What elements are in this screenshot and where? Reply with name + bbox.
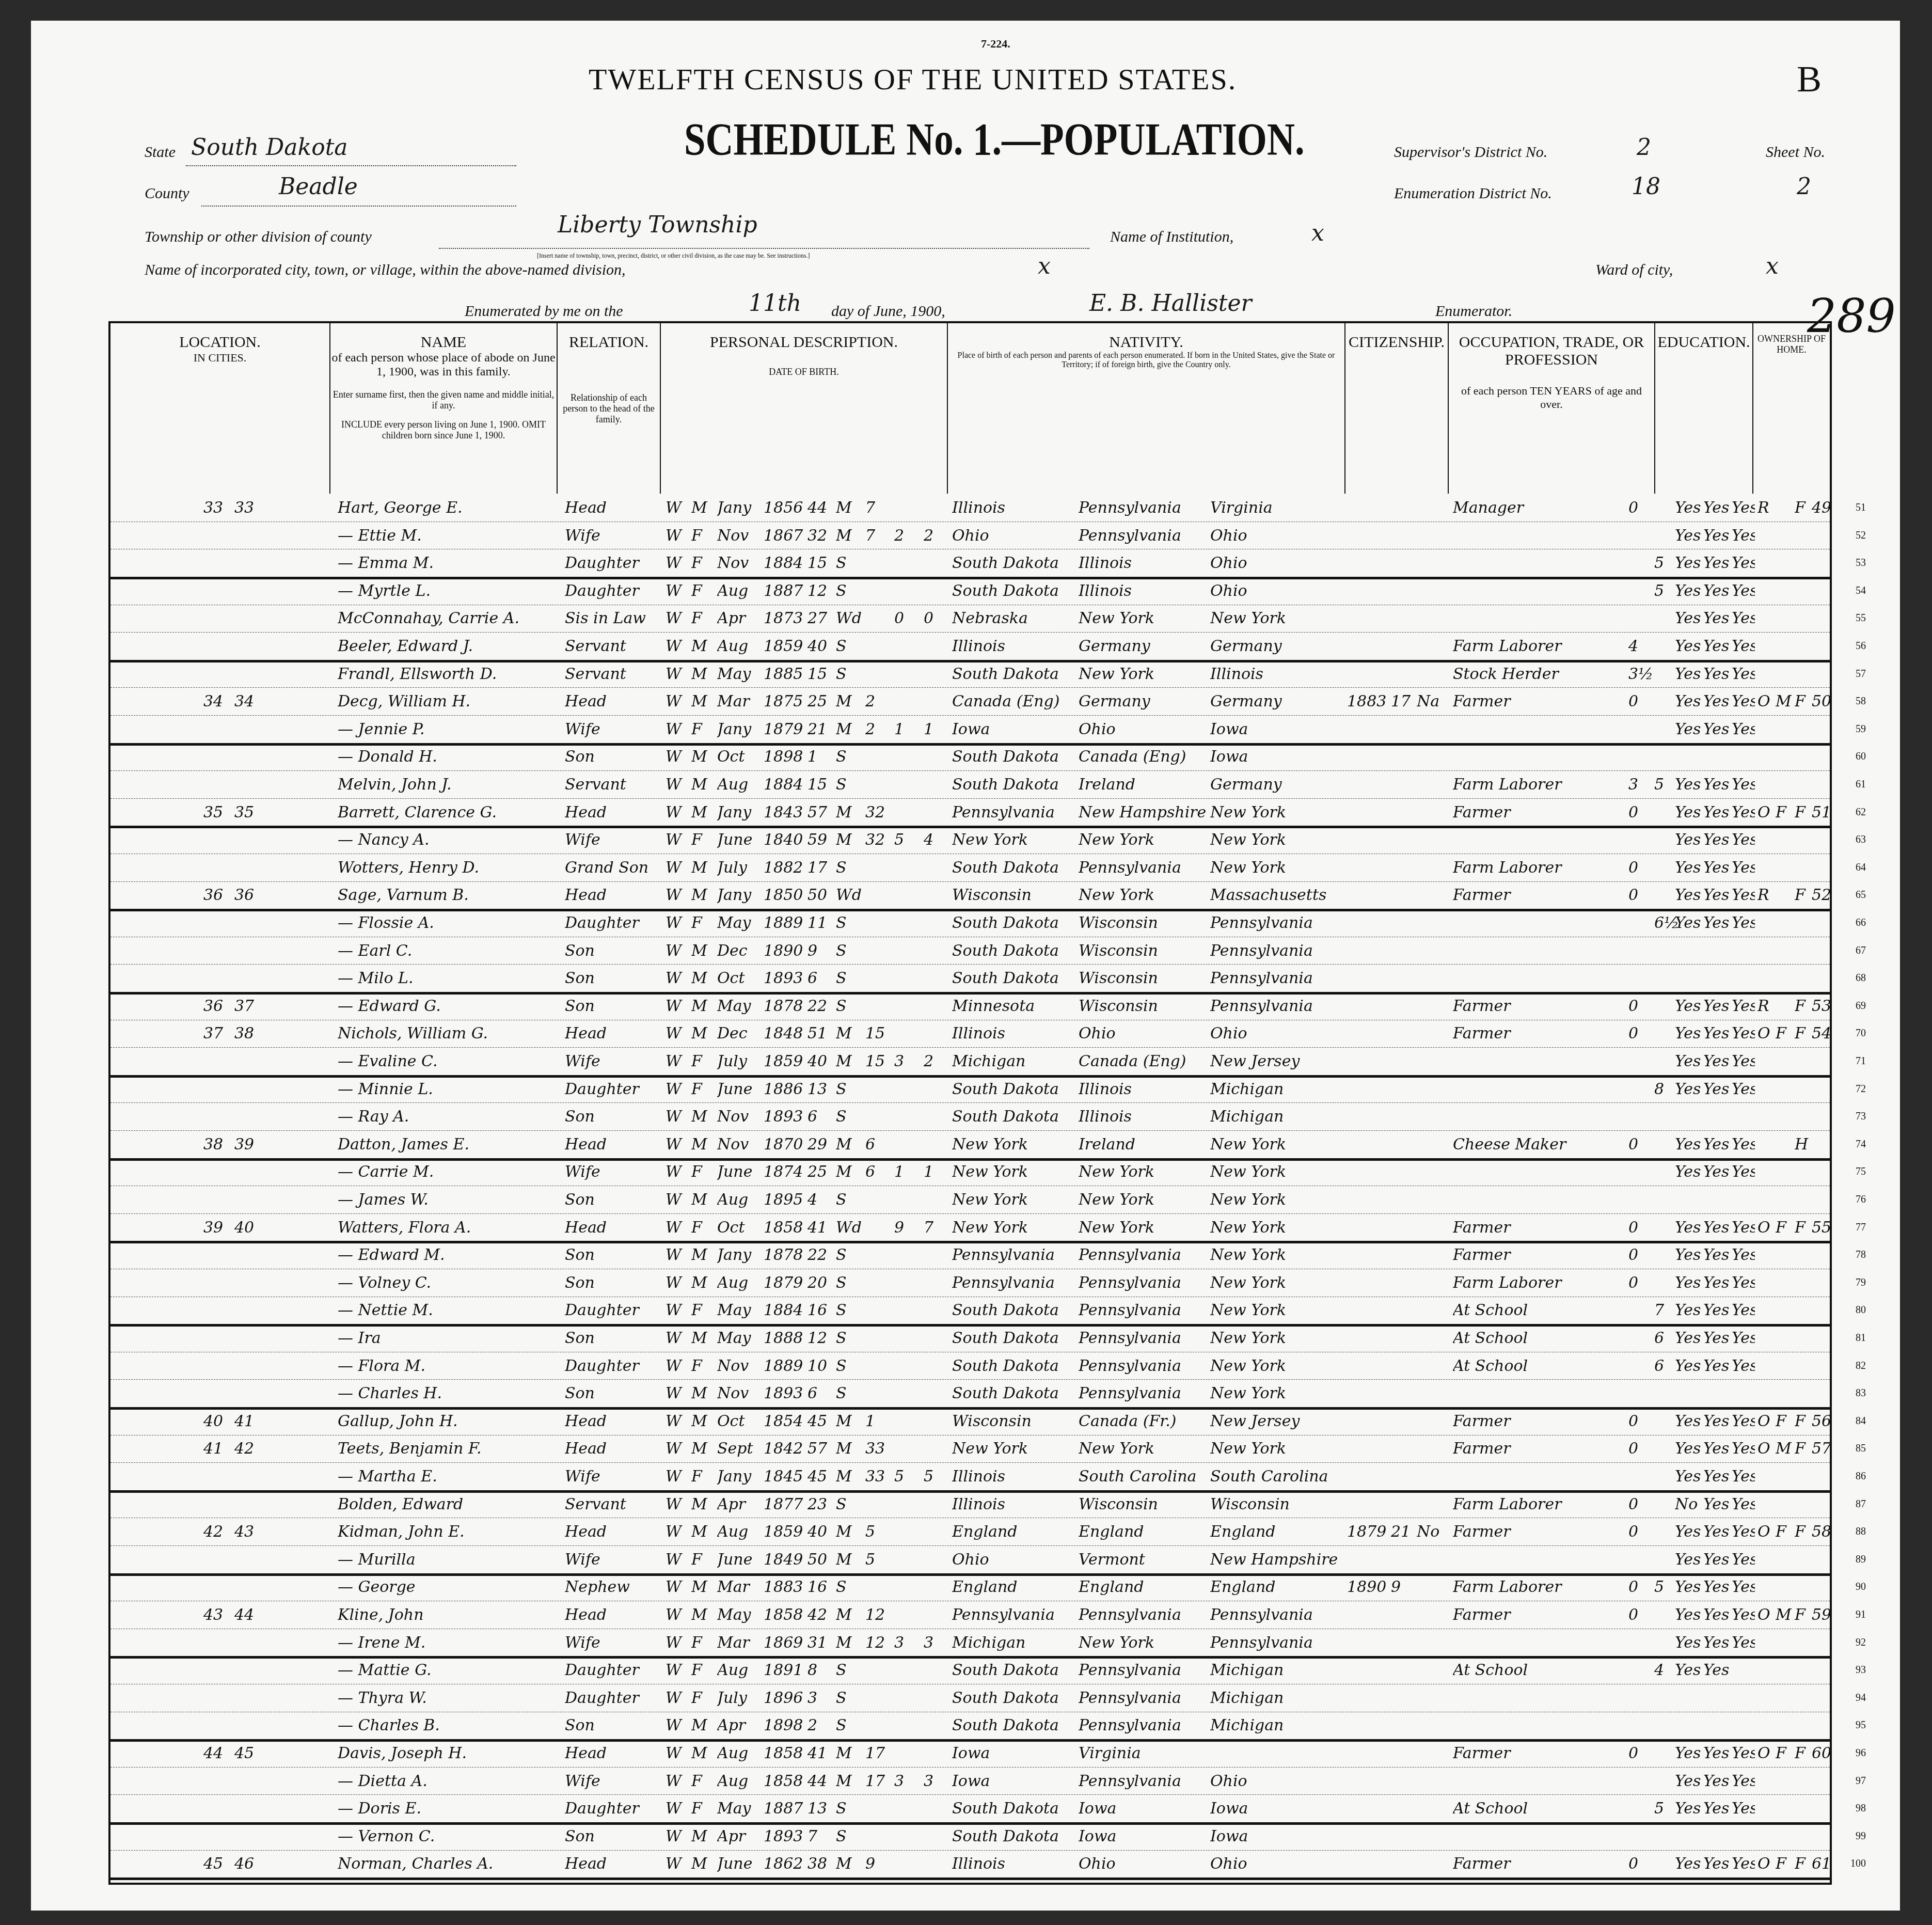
cell-age: 13 <box>807 1800 833 1818</box>
table-row: Bolden, EdwardServantWMApr187723SIllinoi… <box>110 1493 1830 1519</box>
cell-race: W <box>666 1024 686 1043</box>
line-number: 66 <box>1856 917 1866 929</box>
cell-name: Teets, Benjamin F. <box>338 1440 555 1458</box>
cell-occ: Farmer <box>1453 692 1623 711</box>
enumerated-mid: day of June, 1900, <box>831 303 945 320</box>
township-label: Township or other division of county <box>145 228 372 246</box>
cell-sex: M <box>691 1024 712 1043</box>
cell-yr: 1858 <box>764 1219 805 1237</box>
cell-rel: Head <box>565 1412 658 1430</box>
cell-ch: 5 <box>894 831 915 849</box>
cell-sch: 5 <box>1654 1800 1677 1818</box>
cell-age: 40 <box>807 637 833 655</box>
cell-rd: Yes <box>1675 1412 1703 1430</box>
cell-mbp: South Carolina <box>1210 1468 1342 1486</box>
cell-ch: 9 <box>894 1219 915 1237</box>
cell-race: W <box>666 1495 686 1513</box>
cell-race: W <box>666 1440 686 1458</box>
cell-bp: South Dakota <box>952 582 1076 600</box>
cell-yr: 1877 <box>764 1495 805 1513</box>
cell-dw: 35 <box>203 803 229 822</box>
cell-dw: 41 <box>203 1440 229 1458</box>
cell-rel: Daughter <box>565 1689 658 1707</box>
population-table: LOCATION.IN CITIES. NAMEof each person w… <box>108 321 1832 1885</box>
cell-ym: 33 <box>865 1440 891 1458</box>
cell-occ: Farmer <box>1453 1744 1623 1762</box>
cell-yr: 1882 <box>764 859 805 877</box>
line-number: 77 <box>1856 1222 1866 1234</box>
cell-fbp: New York <box>1079 609 1208 627</box>
cell-name: — Thyra W. <box>338 1689 555 1707</box>
cell-sex: M <box>691 886 712 904</box>
cell-race: W <box>666 942 686 960</box>
cell-sex: M <box>691 997 712 1015</box>
cell-rel: Servant <box>565 637 658 655</box>
cell-ms: S <box>836 748 864 766</box>
cell-rel: Wife <box>565 1163 658 1181</box>
cell-bp: Iowa <box>952 1772 1076 1790</box>
cell-ym: 9 <box>865 1855 891 1873</box>
cell-sex: M <box>691 1495 712 1513</box>
cell-wr: Yes <box>1703 665 1732 683</box>
cell-bp: England <box>952 1578 1076 1596</box>
cell-ym: 7 <box>865 499 891 517</box>
cell-own: R <box>1757 499 1776 517</box>
enumerator-label: Enumerator. <box>1435 303 1512 320</box>
line-number: 74 <box>1856 1139 1866 1150</box>
cell-mo: May <box>717 1800 764 1818</box>
cell-name: Bolden, Edward <box>338 1495 555 1513</box>
cell-ms: M <box>836 692 864 711</box>
cell-rd: Yes <box>1675 1661 1703 1679</box>
cell-fbp: Illinois <box>1079 1080 1208 1098</box>
cell-name: Gallup, John H. <box>338 1412 555 1430</box>
cell-sex: M <box>691 637 712 655</box>
cell-race: W <box>666 582 686 600</box>
cell-fbp: New York <box>1079 1191 1208 1209</box>
cell-sex: M <box>691 1440 712 1458</box>
cell-fbp: Pennsylvania <box>1079 527 1208 545</box>
cell-wr: Yes <box>1703 1551 1732 1569</box>
cell-fs: 49 <box>1812 499 1832 517</box>
cell-mo: Aug <box>717 1772 764 1790</box>
sheet-letter: B <box>1797 58 1822 101</box>
cell-mbp: New York <box>1210 831 1342 849</box>
cell-mbp: New York <box>1210 1440 1342 1458</box>
cell-rd: Yes <box>1675 776 1703 794</box>
cell-sex: M <box>691 1108 712 1126</box>
cell-fam: 43 <box>234 1523 260 1541</box>
cell-ms: M <box>836 527 864 545</box>
cell-ms: S <box>836 1827 864 1845</box>
cell-rel: Head <box>565 803 658 822</box>
cell-sex: M <box>691 969 712 987</box>
cell-rd: Yes <box>1675 1246 1703 1264</box>
cell-name: — Ira <box>338 1329 555 1347</box>
cell-race: W <box>666 1412 686 1430</box>
cell-age: 27 <box>807 609 833 627</box>
line-number: 59 <box>1856 723 1866 735</box>
table-row: — GeorgeNephewWMMar188316SEnglandEngland… <box>110 1576 1830 1601</box>
cell-wr: Yes <box>1703 554 1732 572</box>
cell-en: Yes <box>1732 803 1755 822</box>
cell-yr: 1859 <box>764 1052 805 1070</box>
cell-race: W <box>666 665 686 683</box>
cell-bp: Canada (Eng) <box>952 692 1076 711</box>
supervisor-label: Supervisor's District No. <box>1394 144 1547 161</box>
cell-ms: S <box>836 1716 864 1734</box>
line-number: 97 <box>1856 1775 1866 1787</box>
supervisor-value: 2 <box>1637 134 1651 161</box>
cell-sex: M <box>691 692 712 711</box>
cell-sex: F <box>691 1163 712 1181</box>
cell-fbp: Iowa <box>1079 1827 1208 1845</box>
cell-sex: M <box>691 776 712 794</box>
cell-sex: F <box>691 1772 712 1790</box>
cell-mbp: Michigan <box>1210 1080 1342 1098</box>
cell-mo: Mar <box>717 1578 764 1596</box>
cell-fh: F <box>1795 803 1813 822</box>
cell-ms: S <box>836 1357 864 1375</box>
cell-wr: Yes <box>1703 1412 1732 1430</box>
cell-fam: 44 <box>234 1606 260 1624</box>
cell-rel: Head <box>565 692 658 711</box>
cell-rd: Yes <box>1675 1772 1703 1790</box>
line-number: 57 <box>1856 668 1866 680</box>
cell-fam: 42 <box>234 1440 260 1458</box>
cell-mo: Nov <box>717 1135 764 1154</box>
cell-fm: F <box>1776 1523 1794 1541</box>
cell-sch: 6 <box>1654 1357 1677 1375</box>
cell-bp: Pennsylvania <box>952 1246 1076 1264</box>
cell-rel: Son <box>565 997 658 1015</box>
cell-mbp: New York <box>1210 1163 1342 1181</box>
cell-ms: M <box>836 1523 864 1541</box>
cell-race: W <box>666 1772 686 1790</box>
cell-mbp: Ohio <box>1210 1024 1342 1043</box>
cell-mbp: New York <box>1210 1357 1342 1375</box>
cell-fbp: Wisconsin <box>1079 997 1208 1015</box>
cell-rel: Sis in Law <box>565 609 658 627</box>
cell-age: 3 <box>807 1689 833 1707</box>
cell-rel: Servant <box>565 665 658 683</box>
col-group-ownership: OWNERSHIP OF HOME. <box>1753 323 1830 494</box>
cell-fh: F <box>1795 1523 1813 1541</box>
cell-race: W <box>666 1551 686 1569</box>
cell-rel: Head <box>565 499 658 517</box>
cell-imm: 1879 <box>1347 1523 1388 1541</box>
cell-ms: Wd <box>836 1219 864 1237</box>
cell-yr: 1873 <box>764 609 805 627</box>
cell-bp: Illinois <box>952 499 1076 517</box>
cell-yr: 1889 <box>764 1357 805 1375</box>
cell-occ: Farm Laborer <box>1453 1274 1623 1292</box>
cell-rd: Yes <box>1675 1163 1703 1181</box>
cell-cl: 0 <box>924 609 944 627</box>
cell-rd: Yes <box>1675 803 1703 822</box>
table-row: — Myrtle L.DaughterWFAug188712SSouth Dak… <box>110 580 1830 605</box>
cell-ms: M <box>836 1772 864 1790</box>
cell-sex: F <box>691 720 712 738</box>
cell-wr: Yes <box>1703 997 1732 1015</box>
cell-yr: 1843 <box>764 803 805 822</box>
cell-sex: M <box>691 942 712 960</box>
cell-mne: 0 <box>1628 692 1652 711</box>
cell-wr: Yes <box>1703 1855 1732 1873</box>
cell-mbp: Iowa <box>1210 748 1342 766</box>
cell-ms: M <box>836 1135 864 1154</box>
cell-mbp: Massachusetts <box>1210 886 1342 904</box>
cell-wr: Yes <box>1703 1357 1732 1375</box>
cell-en: Yes <box>1732 1440 1755 1458</box>
cell-fh: F <box>1795 499 1813 517</box>
cell-occ: At School <box>1453 1800 1623 1818</box>
cell-fbp: Vermont <box>1079 1551 1208 1569</box>
cell-occ: Farmer <box>1453 886 1623 904</box>
line-number: 98 <box>1856 1803 1866 1814</box>
cell-name: — Myrtle L. <box>338 582 555 600</box>
cell-mo: Apr <box>717 1827 764 1845</box>
cell-name: — Flora M. <box>338 1357 555 1375</box>
line-number: 65 <box>1856 889 1866 901</box>
cell-occ: Farmer <box>1453 1523 1623 1541</box>
cell-yr: 1884 <box>764 776 805 794</box>
cell-bp: South Dakota <box>952 1384 1076 1402</box>
cell-bp: South Dakota <box>952 859 1076 877</box>
cell-name: — Vernon C. <box>338 1827 555 1845</box>
enumeration-label: Enumeration District No. <box>1394 185 1552 202</box>
cell-fh: F <box>1795 1412 1813 1430</box>
line-number: 79 <box>1856 1277 1866 1289</box>
cell-race: W <box>666 1800 686 1818</box>
cell-rd: Yes <box>1675 499 1703 517</box>
cell-mo: June <box>717 1855 764 1873</box>
cell-race: W <box>666 1301 686 1319</box>
cell-yr: 1887 <box>764 582 805 600</box>
cell-own: R <box>1757 997 1776 1015</box>
table-row: — MurillaWifeWFJune184950M5OhioVermontNe… <box>110 1549 1830 1576</box>
cell-mo: May <box>717 665 764 683</box>
cell-rel: Daughter <box>565 914 658 932</box>
cell-bp: South Dakota <box>952 942 1076 960</box>
cell-sex: M <box>691 1412 712 1430</box>
cell-yr: 1854 <box>764 1412 805 1430</box>
cell-name: — James W. <box>338 1191 555 1209</box>
cell-fbp: Pennsylvania <box>1079 499 1208 517</box>
cell-fbp: Wisconsin <box>1079 942 1208 960</box>
cell-bp: Illinois <box>952 1495 1076 1513</box>
cell-mbp: Pennsylvania <box>1210 969 1342 987</box>
cell-mne: 0 <box>1628 1440 1652 1458</box>
cell-ms: M <box>836 499 864 517</box>
cell-yr: 1883 <box>764 1578 805 1596</box>
cell-en: Yes <box>1732 1412 1755 1430</box>
cell-fam: 46 <box>234 1855 260 1873</box>
cell-yr: 1884 <box>764 554 805 572</box>
cell-sex: F <box>691 582 712 600</box>
cell-race: W <box>666 692 686 711</box>
cell-nat: Na <box>1417 692 1445 711</box>
cell-imm: 1890 <box>1347 1578 1388 1596</box>
col-group-nativity: NATIVITY.Place of birth of each person a… <box>948 323 1345 494</box>
cell-fbp: Ohio <box>1079 1024 1208 1043</box>
cell-dw: 39 <box>203 1219 229 1237</box>
cell-wr: Yes <box>1703 886 1732 904</box>
cell-en: Yes <box>1732 1219 1755 1237</box>
cell-mbp: Ohio <box>1210 1772 1342 1790</box>
cell-mo: Aug <box>717 1523 764 1541</box>
cell-sex: M <box>691 1329 712 1347</box>
cell-bp: South Dakota <box>952 1301 1076 1319</box>
cell-own: O <box>1757 803 1776 822</box>
cell-fam: 45 <box>234 1744 260 1762</box>
table-row: — Jennie P.WifeWFJany187921M211IowaOhioI… <box>110 718 1830 746</box>
cell-occ: Farmer <box>1453 997 1623 1015</box>
cell-age: 12 <box>807 582 833 600</box>
cell-en: Yes <box>1732 720 1755 738</box>
table-row: — Charles B.SonWMApr18982SSouth DakotaPe… <box>110 1714 1830 1742</box>
cell-mbp: Illinois <box>1210 665 1342 683</box>
cell-ms: S <box>836 1800 864 1818</box>
table-row: 4344Kline, JohnHeadWMMay185842M12Pennsyl… <box>110 1604 1830 1629</box>
line-number: 85 <box>1856 1443 1866 1455</box>
cell-cl: 2 <box>924 527 944 545</box>
cell-rel: Grand Son <box>565 859 658 877</box>
cell-race: W <box>666 1219 686 1237</box>
cell-rd: Yes <box>1675 1468 1703 1486</box>
cell-sex: F <box>691 1468 712 1486</box>
cell-own: O <box>1757 1219 1776 1237</box>
cell-rel: Daughter <box>565 1661 658 1679</box>
cell-yr: 1858 <box>764 1744 805 1762</box>
cell-fbp: New Hampshire <box>1079 803 1208 822</box>
cell-race: W <box>666 914 686 932</box>
cell-name: — Donald H. <box>338 748 555 766</box>
cell-rel: Son <box>565 942 658 960</box>
cell-wr: Yes <box>1703 720 1732 738</box>
cell-age: 29 <box>807 1135 833 1154</box>
cell-rd: Yes <box>1675 886 1703 904</box>
cell-yr: 1848 <box>764 1024 805 1043</box>
cell-race: W <box>666 1108 686 1126</box>
cell-name: — Flossie A. <box>338 914 555 932</box>
cell-race: W <box>666 886 686 904</box>
cell-name: — Doris E. <box>338 1800 555 1818</box>
cell-en: Yes <box>1732 1329 1755 1347</box>
cell-mo: May <box>717 914 764 932</box>
cell-rel: Son <box>565 1329 658 1347</box>
cell-race: W <box>666 831 686 849</box>
cell-en: Yes <box>1732 1024 1755 1043</box>
cell-mne: 0 <box>1628 1412 1652 1430</box>
cell-yr: 1891 <box>764 1661 805 1679</box>
cell-mne: 3½ <box>1628 665 1652 683</box>
cell-ms: S <box>836 1274 864 1292</box>
cell-yr: 1879 <box>764 720 805 738</box>
cell-age: 44 <box>807 499 833 517</box>
cell-fbp: Ohio <box>1079 720 1208 738</box>
cell-fm: F <box>1776 1412 1794 1430</box>
cell-ms: S <box>836 637 864 655</box>
cell-rd: Yes <box>1675 1357 1703 1375</box>
cell-mo: May <box>717 1329 764 1347</box>
cell-mne: 0 <box>1628 1135 1652 1154</box>
cell-mbp: Virginia <box>1210 499 1342 517</box>
cell-bp: Nebraska <box>952 609 1076 627</box>
cell-fbp: Pennsylvania <box>1079 1384 1208 1402</box>
cell-cl: 3 <box>924 1772 944 1790</box>
cell-fbp: England <box>1079 1523 1208 1541</box>
cell-ym: 32 <box>865 803 891 822</box>
cell-yr: 1858 <box>764 1606 805 1624</box>
cell-fam: 33 <box>234 499 260 517</box>
cell-mo: June <box>717 831 764 849</box>
cell-fbp: Pennsylvania <box>1079 1689 1208 1707</box>
cell-mne: 0 <box>1628 499 1652 517</box>
cell-mne: 3 <box>1628 776 1652 794</box>
cell-sex: M <box>691 1135 712 1154</box>
table-row: Melvin, John J.ServantWMAug188415SSouth … <box>110 774 1830 799</box>
cell-fbp: Canada (Fr.) <box>1079 1412 1208 1430</box>
cell-wr: Yes <box>1703 692 1732 711</box>
cell-yr: 1850 <box>764 886 805 904</box>
cell-age: 17 <box>807 859 833 877</box>
cell-en: Yes <box>1732 1551 1755 1569</box>
cell-mo: Oct <box>717 1219 764 1237</box>
cell-rd: Yes <box>1675 665 1703 683</box>
cell-mbp: New York <box>1210 1329 1342 1347</box>
line-number: 64 <box>1856 862 1866 874</box>
cell-yr: 1895 <box>764 1191 805 1209</box>
cell-mo: July <box>717 1689 764 1707</box>
cell-mne: 0 <box>1628 1024 1652 1043</box>
cell-en: Yes <box>1732 1523 1755 1541</box>
cell-age: 20 <box>807 1274 833 1292</box>
cell-race: W <box>666 1052 686 1070</box>
cell-mo: Aug <box>717 1191 764 1209</box>
cell-ch: 3 <box>894 1772 915 1790</box>
cell-rd: Yes <box>1675 997 1703 1015</box>
cell-ms: M <box>836 1468 864 1486</box>
cell-yr: 1870 <box>764 1135 805 1154</box>
cell-age: 15 <box>807 776 833 794</box>
cell-race: W <box>666 1661 686 1679</box>
col-group-education: EDUCATION. <box>1655 323 1753 494</box>
cell-age: 8 <box>807 1661 833 1679</box>
cell-yr: 1884 <box>764 1301 805 1319</box>
line-number: 94 <box>1856 1692 1866 1704</box>
cell-mbp: Pennsylvania <box>1210 1634 1342 1652</box>
table-row: 3333Hart, George E.HeadWMJany185644M7Ill… <box>110 497 1830 522</box>
cell-race: W <box>666 1855 686 1873</box>
cell-rel: Son <box>565 1191 658 1209</box>
cell-bp: New York <box>952 1135 1076 1154</box>
cell-sch: 5 <box>1654 1578 1677 1596</box>
cell-mo: June <box>717 1551 764 1569</box>
table-row: — Mattie G.DaughterWFAug18918SSouth Dako… <box>110 1659 1830 1684</box>
cell-sex: M <box>691 1827 712 1845</box>
cell-sex: F <box>691 554 712 572</box>
cell-race: W <box>666 1716 686 1734</box>
cell-age: 57 <box>807 803 833 822</box>
cell-fh: F <box>1795 1440 1813 1458</box>
cell-wr: Yes <box>1703 1052 1732 1070</box>
cell-yr: 1888 <box>764 1329 805 1347</box>
line-number: 82 <box>1856 1360 1866 1372</box>
cell-age: 22 <box>807 997 833 1015</box>
cell-mo: Aug <box>717 582 764 600</box>
cell-ms: S <box>836 776 864 794</box>
